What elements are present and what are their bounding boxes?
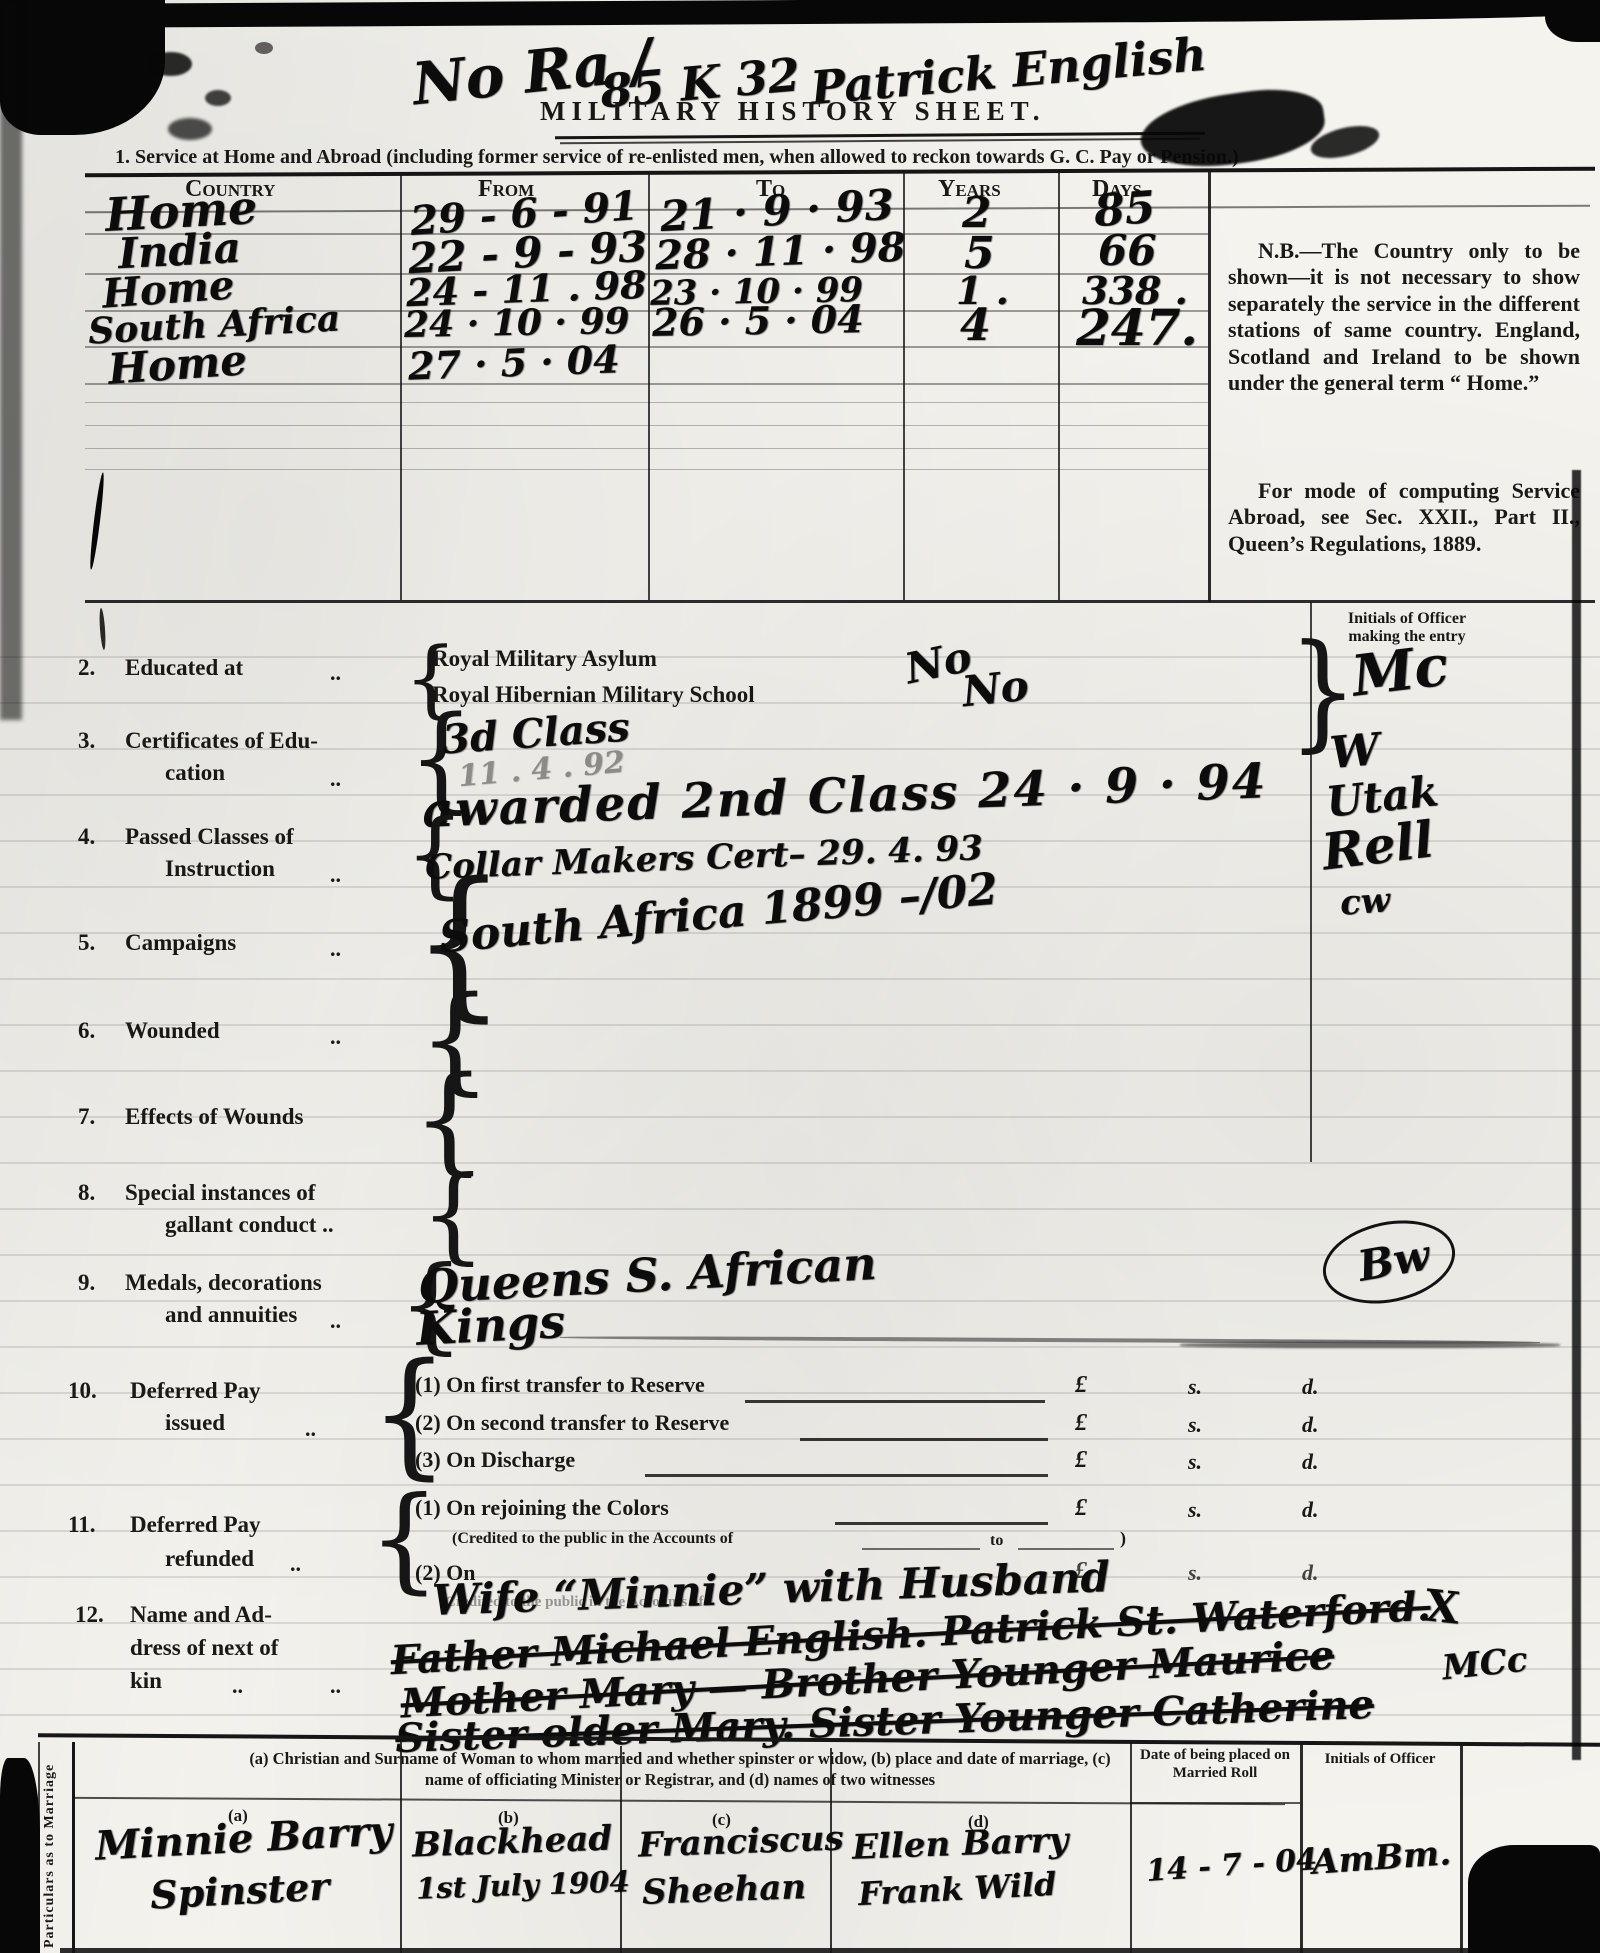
s10-item2: (2) On second transfer to Reserve [415, 1410, 729, 1436]
s11-credited-to: to [990, 1532, 1003, 1550]
marriage-heading-underline [75, 1797, 1285, 1805]
s5-dots: .. [330, 936, 341, 962]
row-sep-faint [85, 425, 1208, 426]
currency-s: s. [1188, 1374, 1202, 1400]
s12-x-mark: X [1422, 1580, 1461, 1634]
s4-label-line1: Passed Classes of [125, 824, 294, 850]
s12-label-line3: kin [130, 1668, 162, 1694]
col-divider-from-to [648, 172, 650, 600]
marriage-minister-first: Franciscus [637, 1818, 844, 1865]
fill-line [800, 1438, 1048, 1441]
scan-top-edge [0, 0, 1600, 28]
s6-number: 6. [78, 1018, 95, 1044]
row-sep [85, 383, 1208, 385]
row-sep-faint [85, 448, 1208, 449]
s2-number: 2. [78, 655, 95, 681]
stray-bracket-stroke [88, 472, 106, 570]
nb-note-paragraph-2: For mode of computing Service Abroad, se… [1228, 478, 1580, 557]
s4-label-line2: Instruction [165, 856, 275, 882]
marriage-divider-bc [620, 1746, 622, 1953]
scan-speck [168, 118, 212, 140]
stray-pen-stroke [99, 608, 107, 650]
s5-label: Campaigns [125, 930, 236, 956]
currency-d: d. [1302, 1560, 1319, 1586]
currency-d: d. [1302, 1412, 1319, 1438]
nb-note-paragraph-1: N.B.—The Country only to be shown—it is … [1228, 238, 1580, 396]
fill-line-thin [1018, 1548, 1114, 1550]
ink-smear-right [1180, 1342, 1560, 1348]
s2-handwritten-no: No [960, 661, 1031, 717]
s11-number: 11. [68, 1512, 95, 1538]
marriage-witness-2: Frank Wild [857, 1865, 1057, 1913]
marriage-heading: (a) Christian and Surname of Woman to wh… [90, 1748, 1270, 1791]
currency-pound: £ [1075, 1447, 1087, 1474]
s12-label-line1: Name and Ad- [130, 1602, 272, 1628]
s8-label-line2: gallant conduct .. [165, 1212, 334, 1238]
table-bottom-border [85, 600, 1595, 603]
service-from: 27 · 5 · 04 [407, 336, 620, 388]
col-divider-country-from [400, 172, 402, 600]
marriage-divider-ab [400, 1742, 402, 1953]
s6-label: Wounded [125, 1018, 220, 1044]
marriage-place: Blackhead [411, 1819, 612, 1866]
row-sep [85, 346, 1208, 348]
s9-label-line2: and annuities [165, 1302, 297, 1328]
officer-initials-mark: Mc [1348, 632, 1451, 709]
fill-line [835, 1522, 1048, 1525]
s12-dots: .. [232, 1673, 243, 1699]
s11-close-paren: ) [1120, 1528, 1126, 1549]
s3-label-line2: cation [165, 760, 225, 786]
marriage-officer-initials: AmBm. [1311, 1833, 1452, 1883]
s8-label-line1: Special instances of [125, 1180, 315, 1206]
scan-right-edge-line [1572, 470, 1581, 1760]
s7-label: Effects of Wounds [125, 1104, 304, 1130]
page-title: MILITARY HISTORY SHEET. [540, 96, 1045, 127]
service-days: 247. [1076, 298, 1198, 357]
s5-number: 5. [78, 930, 95, 956]
s11-credited-note: (Credited to the public in the Accounts … [452, 1530, 733, 1548]
marriage-heading-line1: (a) Christian and Surname of Woman to wh… [249, 1749, 1110, 1768]
fill-line [745, 1400, 1045, 1403]
s3-dots: .. [330, 766, 341, 792]
col-divider-years-days [1058, 172, 1060, 600]
s2-dots: .. [330, 660, 341, 686]
s4-number: 4. [78, 824, 95, 850]
service-country: Home [106, 335, 248, 394]
s3-label-line1: Certificates of Edu- [125, 728, 318, 754]
marriage-roll-date: 14 - 7 - 04 [1145, 1842, 1318, 1889]
marriage-table-left-border [72, 1742, 75, 1953]
marriage-minister-last: Sheehan [641, 1867, 806, 1913]
currency-s: s. [1188, 1560, 1202, 1586]
currency-pound: £ [1075, 1495, 1087, 1522]
row-sep-faint [85, 469, 1208, 470]
scan-left-edge-smear [0, 0, 22, 720]
marriage-woman-name: Minnie Barry [94, 1807, 393, 1869]
s10-number: 10. [68, 1378, 97, 1404]
s10-dots: .. [305, 1416, 316, 1442]
s9-label-line1: Medals, decorations [125, 1270, 322, 1296]
s12-number: 12. [75, 1602, 104, 1628]
service-years: 4 [960, 300, 991, 351]
marriage-date-underline [1130, 1802, 1300, 1804]
s11-item1: (1) On rejoining the Colors [415, 1495, 669, 1521]
marriage-date-handwritten: 1st July 1904 [415, 1864, 630, 1905]
service-to: 26 · 5 · 04 [652, 296, 864, 345]
fill-line [645, 1474, 1048, 1477]
marriage-heading-line2: name of officiating Minister or Registra… [425, 1770, 935, 1789]
row-sep-faint [85, 402, 1208, 403]
page-bottom-line [60, 1948, 1470, 1953]
s11-label-line2: refunded [165, 1546, 254, 1572]
s11-dots: .. [290, 1551, 301, 1577]
s8-number: 8. [78, 1180, 95, 1206]
s3-number: 3. [78, 728, 95, 754]
currency-s: s. [1188, 1412, 1202, 1438]
title-underline-2 [560, 138, 1200, 144]
s7-number: 7. [78, 1104, 95, 1130]
s2-entry-line1: Royal Military Asylum [432, 646, 657, 672]
marriage-witness-1: Ellen Barry [851, 1820, 1069, 1868]
col-divider-days-note [1208, 172, 1211, 602]
s10-label-line2: issued [165, 1410, 225, 1436]
s4-dots: .. [330, 862, 341, 888]
s2-entry-line2: Royal Hibernian Military School [432, 682, 755, 708]
fill-line-thin [862, 1548, 980, 1550]
marriage-divider-d-date [1130, 1742, 1132, 1953]
s10-label-line1: Deferred Pay [130, 1378, 261, 1404]
s6-dots: .. [330, 1024, 341, 1050]
scan-speck [150, 52, 192, 76]
marriage-woman-status: Spinster [149, 1863, 330, 1917]
s2-label: Educated at [125, 655, 243, 681]
s11-label-line1: Deferred Pay [130, 1512, 261, 1538]
currency-s: s. [1188, 1449, 1202, 1475]
s10-item1: (1) On first transfer to Reserve [415, 1372, 705, 1398]
marriage-divider-initials-edge [1460, 1742, 1463, 1953]
currency-d: d. [1302, 1497, 1319, 1523]
scan-speck [205, 90, 231, 106]
currency-pound: £ [1075, 1372, 1087, 1399]
initials-heading-line1: Initials of Officer [1348, 610, 1466, 627]
s12-initials-mark: MCc [1440, 1640, 1529, 1689]
officer-initials-mark: W [1328, 724, 1382, 779]
scan-corner-blob-topleft [0, 0, 165, 135]
scanned-document-page: No Ra / 85 K 32 Patrick English MILITARY… [0, 0, 1600, 1953]
scan-corner-blob-bottomleft [0, 1758, 40, 1953]
s12-dots: .. [330, 1673, 341, 1699]
scan-corner-topright [1545, 0, 1600, 42]
officer-initials-mark: cw [1339, 880, 1392, 923]
marriage-initials-heading: Initials of Officer [1306, 1750, 1454, 1768]
currency-d: d. [1302, 1449, 1319, 1475]
officer-initials-mark: Rell [1319, 809, 1437, 881]
marriage-date-heading: Date of being placed on Married Roll [1136, 1746, 1294, 1782]
currency-d: d. [1302, 1374, 1319, 1400]
marriage-side-label: Particulars as to Marriage [42, 1748, 58, 1948]
scan-corner-blob-bottomright [1468, 1845, 1600, 1953]
currency-s: s. [1188, 1497, 1202, 1523]
s9-number: 9. [78, 1270, 95, 1296]
s9-dots: .. [330, 1308, 341, 1334]
s12-label-line2: dress of next of [130, 1635, 278, 1661]
currency-pound: £ [1075, 1410, 1087, 1437]
scan-speck [255, 42, 273, 54]
s10-item3: (3) On Discharge [415, 1447, 575, 1473]
